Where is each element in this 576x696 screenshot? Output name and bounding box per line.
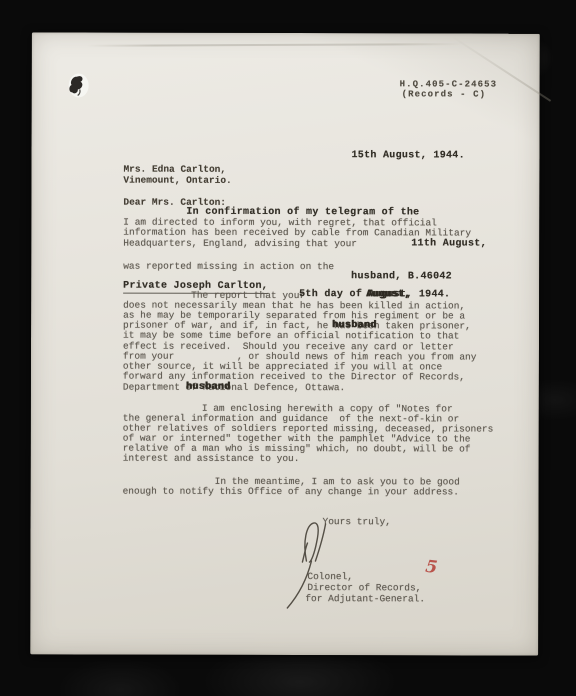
photo-background: { "scene": { "background_color": "#0a0a0… xyxy=(0,0,576,696)
recipient-city: Vinemount, Ontario. xyxy=(123,176,231,186)
recipient-name: Mrs. Edna Carlton, xyxy=(123,165,226,175)
body-line: it may be some time before an official n… xyxy=(123,331,459,341)
date-line: 15th August, 1944. xyxy=(351,151,464,161)
reference-section: (Records - C) xyxy=(402,90,487,99)
body-line: Headquarters, England, advising that you… xyxy=(123,239,357,249)
paper-crease-horizontal xyxy=(87,43,462,47)
insert-missing-date: 11th August, xyxy=(411,239,487,249)
signature xyxy=(275,516,350,614)
letter-document: H.Q.405-C-24653(Records - C)15th August,… xyxy=(30,32,540,655)
body-line: Department of National Defence, Ottawa. xyxy=(123,383,345,393)
red-pencil-mark: 5 xyxy=(424,557,438,578)
insert-service-number: husband, B.46042 xyxy=(351,272,452,282)
ink-blot xyxy=(68,73,90,99)
reference-number: H.Q.405-C-24653 xyxy=(400,80,498,89)
overtype-august: August, xyxy=(366,290,410,300)
letter-lines: H.Q.405-C-24653(Records - C)15th August,… xyxy=(32,32,540,33)
body-line: interest and assistance to you. xyxy=(123,454,300,464)
body-line: enough to notify this Office of any chan… xyxy=(123,487,459,497)
body-line: was reported missing in action on the xyxy=(123,262,334,272)
body-line: forward any information received to the … xyxy=(123,372,465,382)
overtype-husband: husband xyxy=(186,383,230,393)
body-line: information has been received by cable f… xyxy=(123,228,471,238)
